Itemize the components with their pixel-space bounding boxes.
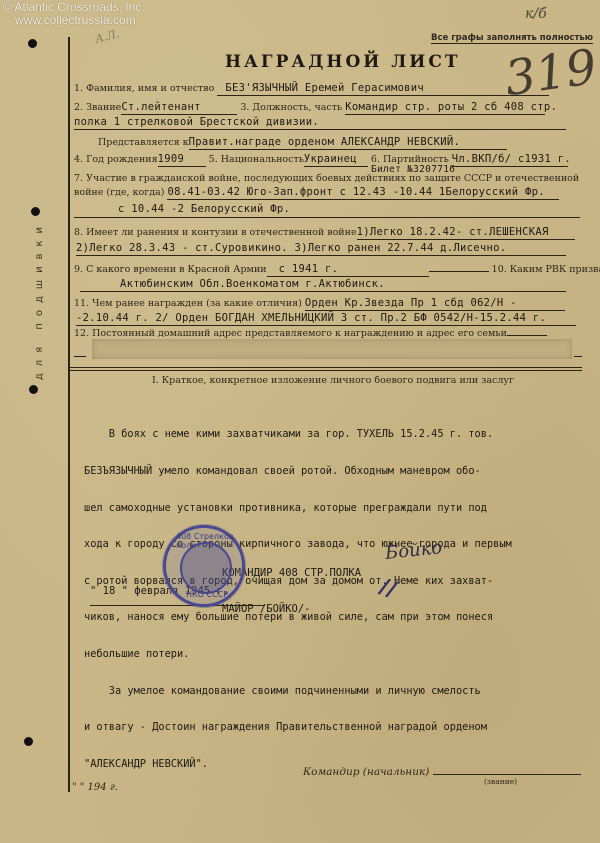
field-participation: 7. Участие в гражданской войне, последую… <box>74 172 579 185</box>
field-value: с 10.44 -2 Белорусский Фр. <box>118 203 290 215</box>
field-draft-office: Актюбинским Обл.Военкоматом г.Актюбинск. <box>80 278 566 292</box>
binding-hole-icon <box>24 737 33 746</box>
field-participation-value: войне (где, когда) 08.41-03.42 Юго-Зап.ф… <box>74 186 559 200</box>
page-title: НАГРАДНОЙ ЛИСТ <box>225 52 461 72</box>
binding-margin-label: для подшивки <box>34 220 46 380</box>
field-position-cont: полка 1 стрелковой Брестской дивизии. <box>74 116 566 130</box>
field-label: 5. Национальность <box>209 154 304 165</box>
field-value: Чл.ВКП/б/ с1931 г. <box>452 153 568 167</box>
field-previous-awards: 11. Чем ранее награжден (за какие отличи… <box>74 297 565 311</box>
field-army-since: 9. С какого времени в Красной Армиис 194… <box>74 263 600 277</box>
binding-margin-line <box>68 37 70 792</box>
field-label: 1. Фамилия, имя и отчество <box>74 83 214 94</box>
watermark: © Atlantic Crossroads, Inc. www.collectr… <box>3 1 145 27</box>
field-label: 2. Звание <box>74 102 121 113</box>
top-right-note: к/б <box>525 6 547 22</box>
field-birth-nationality-party: 4. Год рождения1909 5. НациональностьУкр… <box>74 153 568 167</box>
field-value: Правит.награде орденом АЛЕКСАНДР НЕВСКИЙ… <box>189 136 507 150</box>
field-label: войне (где, когда) <box>74 187 164 198</box>
field-label: 11. Чем ранее награжден (за какие отличи… <box>74 298 302 309</box>
field-value: Актюбинским Обл.Военкоматом г.Актюбинск. <box>80 278 566 292</box>
citation-line: небольшие потери. <box>84 648 584 660</box>
field-wounds-cont: 2)Легко 28.3.43 - ст.Суровикино. 3)Легко… <box>76 242 566 256</box>
stamp-top-text: 408 Стрелков. полк <box>176 532 242 550</box>
field-rank-position: 2. ЗваниеСт.лейтенант 3. Должность, част… <box>74 101 545 115</box>
field-value: 1909 <box>158 153 206 167</box>
rule-line <box>74 217 580 218</box>
field-label: 12. Постоянный домашний адрес представля… <box>74 328 507 339</box>
field-value: Командир стр. роты 2 сб 408 стр. <box>345 101 545 115</box>
binding-hole-icon <box>31 207 40 216</box>
watermark-url: www.collectrussia.com <box>3 14 145 27</box>
field-value: -2.10.44 г. 2/ Орден БОГДАН ХМЕЛЬНИЦКИЙ … <box>76 312 576 326</box>
field-label: 7. Участие в гражданской войне, последую… <box>74 173 579 184</box>
citation-line: БЕЗЪЯЗЫЧНЫЙ умело командовал своей ротой… <box>84 465 584 477</box>
field-label: 4. Год рождения <box>74 154 158 165</box>
section-divider <box>70 367 582 368</box>
commander-label: Командир (начальник) <box>303 766 581 778</box>
field-label: Представляется к <box>98 137 189 148</box>
citation-line: и отвагу - Достоин награждения Правитель… <box>84 721 584 733</box>
citation-line: шел самоходные установки противника, кот… <box>84 502 584 514</box>
official-stamp: 408 Стрелков. полк НКО СССР <box>163 525 245 607</box>
citation-line: В боях с неме кими захватчиками за гор. … <box>84 428 584 440</box>
file-number: 319 <box>502 39 600 107</box>
stamp-bottom-text: НКО СССР <box>186 590 228 599</box>
rule-line <box>90 605 265 606</box>
field-value: Орден Кр.Звезда Пр 1 сбд 062/Н - <box>305 297 565 311</box>
field-label: 9. С какого времени в Красной Армии <box>74 264 267 275</box>
redacted-address <box>92 339 572 359</box>
handwritten-note: А.Л. <box>94 27 121 46</box>
field-value: с 1941 г. <box>267 263 429 277</box>
rank-label: (звание) <box>484 777 517 786</box>
section-title: I. Краткое, конкретное изложение личного… <box>152 375 514 386</box>
field-label: 3. Должность, часть <box>240 102 342 113</box>
field-value: 1)Легко 18.2.42- ст.ЛЕШЕНСКАЯ <box>357 226 575 240</box>
field-wounds: 8. Имеет ли ранения и контузии в отечест… <box>74 226 575 240</box>
citation-line: За умелое командование своими подчиненны… <box>84 685 584 697</box>
commander-label-text: Командир (начальник) <box>303 766 429 778</box>
field-name: 1. Фамилия, имя и отчество БЕЗ'ЯЗЫЧНЫЙ Е… <box>74 82 549 96</box>
field-value: полка 1 стрелковой Брестской дивизии. <box>74 116 566 130</box>
field-nominated: Представляется кПравит.награде орденом А… <box>98 136 507 150</box>
field-value: 08.41-03.42 Юго-Зап.фронт с 12.43 -10.44… <box>167 186 559 200</box>
field-value: Украинец <box>304 153 368 167</box>
binding-hole-icon <box>28 39 37 48</box>
field-previous-awards-cont: -2.10.44 г. 2/ Орден БОГДАН ХМЕЛЬНИЦКИЙ … <box>76 312 576 326</box>
section-divider <box>70 370 582 371</box>
field-value: 2)Легко 28.3.43 - ст.Суровикино. 3)Легко… <box>76 242 566 256</box>
field-label: 8. Имеет ли ранения и контузии в отечест… <box>74 227 357 238</box>
field-value: БЕЗ'ЯЗЫЧНЫЙ Еремей Герасимович <box>217 82 549 96</box>
blank-date: " " 194 г. <box>72 782 118 793</box>
rule-line <box>574 356 582 357</box>
rule-line <box>74 356 86 357</box>
field-participation-cont: с 10.44 -2 Белорусский Фр. <box>118 203 290 216</box>
field-label: 10. Каким РВК призван <box>492 264 600 275</box>
field-value: Ст.лейтенант <box>121 101 237 115</box>
binding-hole-icon <box>29 385 38 394</box>
